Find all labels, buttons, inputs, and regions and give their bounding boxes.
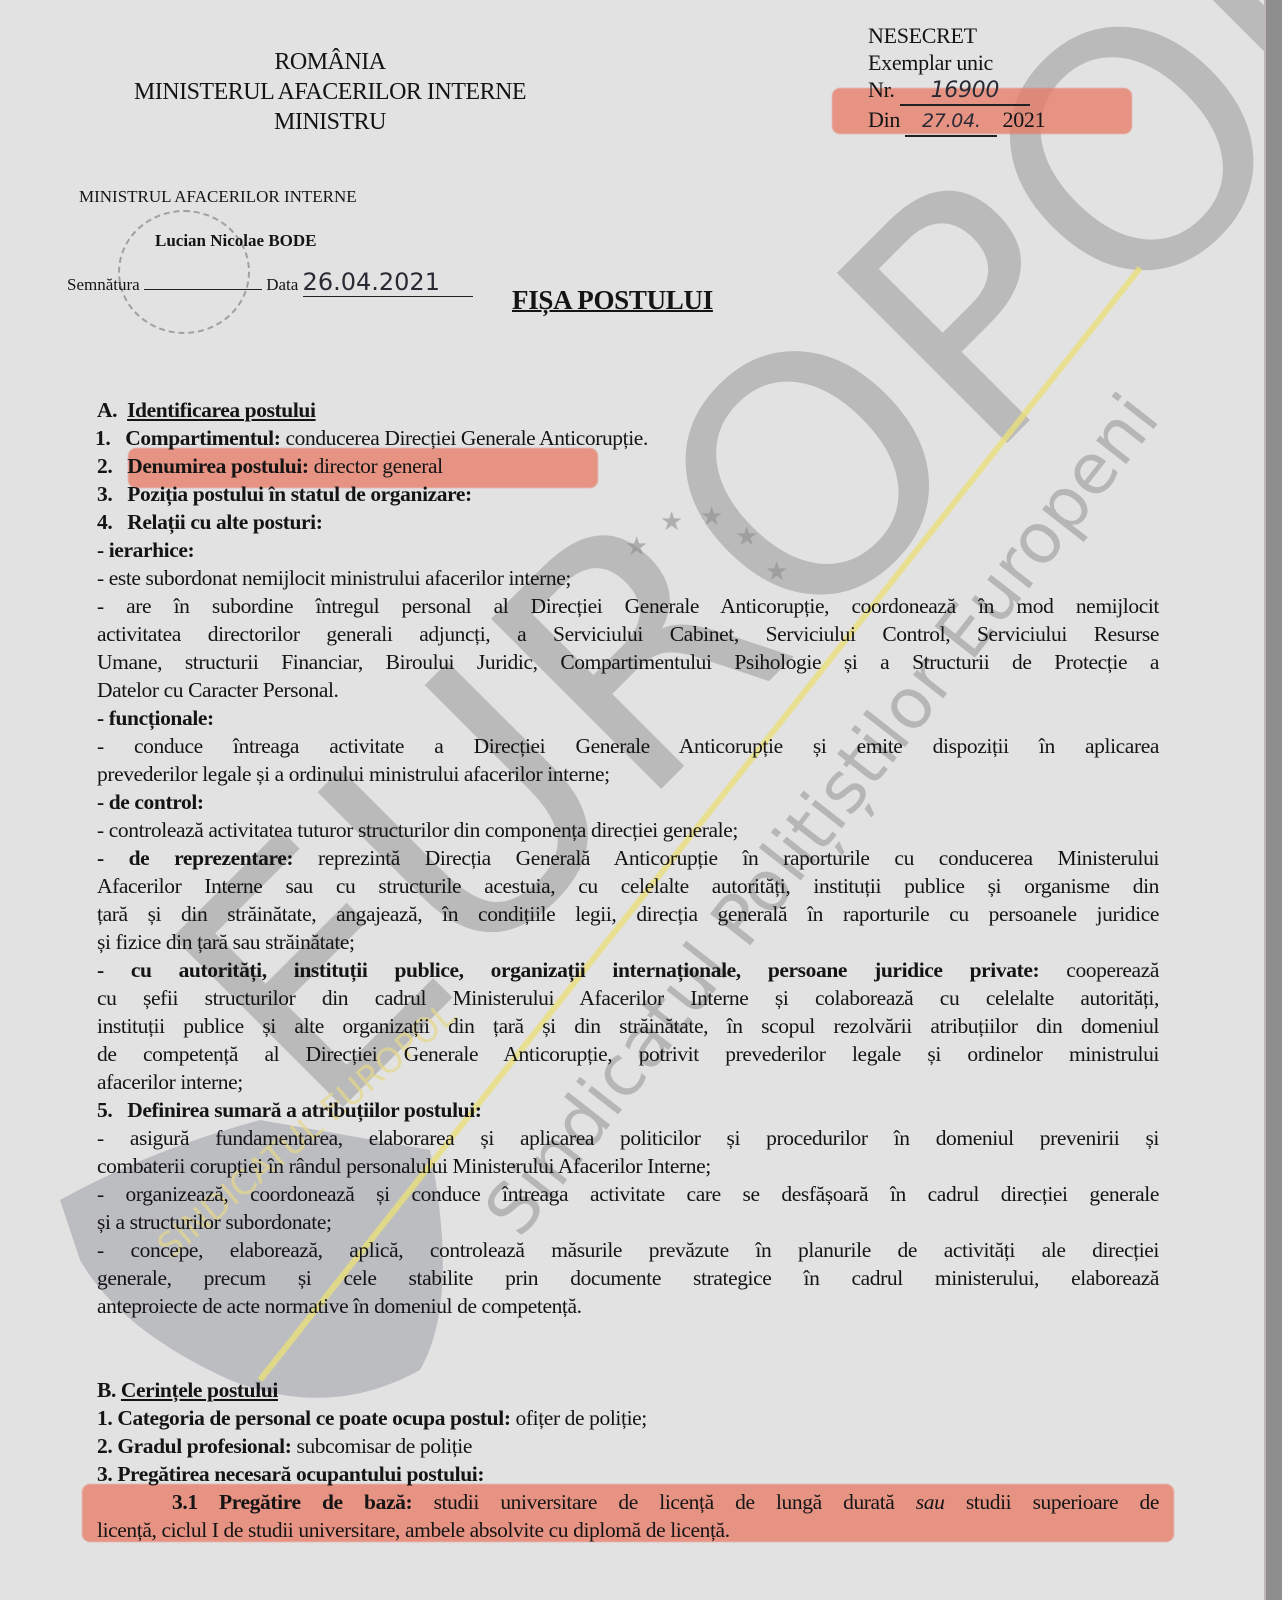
approval-title: MINISTRUL AFACERILOR INTERNE — [79, 187, 357, 207]
functional-label: - funcționale: — [97, 704, 1159, 732]
duty-line: generale, precum și cele stabilite prin … — [97, 1264, 1159, 1292]
duty-line: și a structurilor subordonate; — [97, 1208, 1159, 1236]
item-compartment: 1. Compartimentul: conducerea Direcției … — [95, 424, 1159, 452]
control-label: - de control: — [97, 788, 1159, 816]
item-position: 3. Poziția postului în statul de organiz… — [97, 480, 1159, 508]
control-line: - controlează activitatea tuturor struct… — [97, 816, 1159, 844]
item-job-name: 2. Denumirea postului: director general — [97, 452, 1159, 480]
education-requirement: 3.1 Pregătire de bază: studii universita… — [97, 1488, 1159, 1516]
section-a: A. Identificarea postului 1. Compartimen… — [97, 396, 1159, 1320]
cooperation-line: de competență al Direcției Generale Anti… — [97, 1040, 1159, 1068]
representation-line: - de reprezentare: reprezintă Direcția G… — [97, 844, 1159, 872]
section-a-heading: A. Identificarea postului — [97, 396, 1159, 424]
functional-line: prevederilor legale și a ordinului minis… — [97, 760, 1159, 788]
hierarchical-line: Datelor cu Caracter Personal. — [97, 676, 1159, 704]
ministry-name: MINISTERUL AFACERILOR INTERNE — [90, 77, 570, 107]
section-b-heading: B. Cerințele postului — [97, 1376, 1159, 1404]
item-relations: 4. Relații cu alte posturi: — [97, 508, 1159, 536]
cooperation-line: - cu autorități, instituții publice, org… — [97, 956, 1159, 984]
copy-label: Exemplar unic — [868, 49, 1045, 76]
scan-edge — [1266, 0, 1282, 1600]
registration-number: Nr. 16900 — [868, 76, 1045, 106]
registration-number-value: 16900 — [900, 77, 1030, 106]
item-rank: 2. Gradul profesional: subcomisar de pol… — [97, 1432, 1159, 1460]
signature-line: Semnătura Data 26.04.2021 — [67, 268, 473, 297]
registration-date-value: 27.04. — [905, 108, 997, 137]
cooperation-line: cu șefii structurilor din cadrul Ministe… — [97, 984, 1159, 1012]
hierarchical-line: activitatea directorilor generali adjunc… — [97, 620, 1159, 648]
header-issuer: ROMÂNIA MINISTERUL AFACERILOR INTERNE MI… — [90, 47, 570, 137]
item-duties: 5. Definirea sumară a atribuțiilor postu… — [97, 1096, 1159, 1124]
cooperation-line: instituții publice și alte organizații d… — [97, 1012, 1159, 1040]
country-name: ROMÂNIA — [90, 47, 570, 77]
cooperation-line: afacerilor interne; — [97, 1068, 1159, 1096]
approval-date-value: 26.04.2021 — [303, 268, 473, 297]
hierarchical-line: Umane, structurii Financiar, Biroului Ju… — [97, 648, 1159, 676]
representation-line: și fizice din țară sau străinătate; — [97, 928, 1159, 956]
duty-line: - concepe, elaborează, aplică, controlea… — [97, 1236, 1159, 1264]
education-requirement-cont: licență, ciclul I de studii universitare… — [97, 1516, 1159, 1544]
item-training: 3. Pregătirea necesară ocupantului postu… — [97, 1460, 1159, 1488]
document-title: FIȘA POSTULUI — [512, 285, 713, 316]
duty-line: anteproiecte de acte normative în domeni… — [97, 1292, 1159, 1320]
office-name: MINISTRU — [90, 107, 570, 137]
classification-label: NESECRET — [868, 22, 1045, 49]
signature-field — [144, 289, 262, 290]
representation-line: Afacerilor Interne sau cu structurile ac… — [97, 872, 1159, 900]
section-b: B. Cerințele postului 1. Categoria de pe… — [97, 1376, 1159, 1544]
item-personnel-category: 1. Categoria de personal ce poate ocupa … — [97, 1404, 1159, 1432]
duty-line: - asigură fundamentarea, elaborarea și a… — [97, 1124, 1159, 1152]
hierarchical-line: - are în subordine întregul personal al … — [97, 592, 1159, 620]
hierarchical-line: - este subordonat nemijlocit ministrului… — [97, 564, 1159, 592]
approver-name: Lucian Nicolae BODE — [155, 231, 317, 251]
hierarchical-label: - ierarhice: — [97, 536, 1159, 564]
functional-line: - conduce întreaga activitate a Direcție… — [97, 732, 1159, 760]
duty-line: combaterii corupției în rândul personalu… — [97, 1152, 1159, 1180]
representation-line: țară și din străinătate, angajează, în c… — [97, 900, 1159, 928]
duty-line: - organizează, coordonează și conduce în… — [97, 1180, 1159, 1208]
classification-block: NESECRET Exemplar unic Nr. 16900 Din 27.… — [868, 22, 1045, 137]
document-page: EUROPOL ★★★ ★★ Sindicatul Polițiștilor E… — [0, 0, 1266, 1600]
registration-date: Din 27.04. 2021 — [868, 106, 1045, 137]
